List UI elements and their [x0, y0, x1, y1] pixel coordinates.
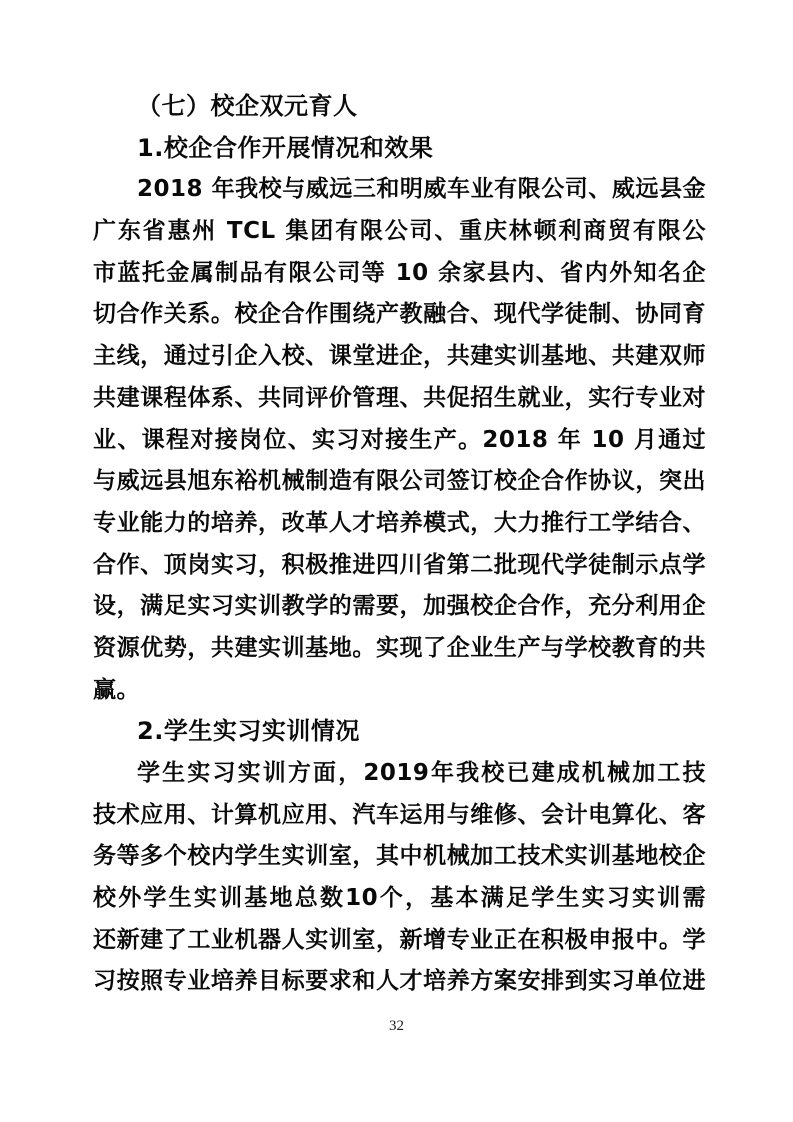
- paragraph-line: 业、课程对接岗位、实习对接生产。2018 年 10 月通过引企入校: [93, 420, 706, 462]
- paragraph-line: 务等多个校内学生实训室，其中机械加工技术实训基地校企共建，: [93, 836, 706, 878]
- paragraph-line: 与威远县旭东裕机械制造有限公司签订校企合作协议，突出学生: [93, 461, 706, 503]
- paragraph-line: 切合作关系。校企合作围绕产教融合、现代学徒制、协同育人的: [93, 294, 706, 336]
- subsection-1-title: 1.校企合作开展情况和效果: [93, 128, 706, 170]
- paragraph-line: 共建课程体系、共同评价管理、共促招生就业，实行专业对接产: [93, 378, 706, 420]
- paragraph-line: 技术应用、计算机应用、汽车运用与维修、会计电算化、客房服: [93, 795, 706, 837]
- paragraph-line: 合作、顶岗实习，积极推进四川省第二批现代学徒制示点学校建: [93, 545, 706, 587]
- paragraph-line: 资源优势，共建实训基地。实现了企业生产与学校教育的共享共: [93, 628, 706, 670]
- paragraph-line: 学生实习实训方面，2019年我校已建成机械加工技术、电子: [93, 753, 706, 795]
- document-body: （七）校企双元育人 1.校企合作开展情况和效果 2018 年我校与威远三和明威车…: [93, 86, 706, 1003]
- subsection-2-title: 2.学生实习实训情况: [93, 711, 706, 753]
- paragraph-line: 2018 年我校与威远三和明威车业有限公司、威远县金镭重工、: [93, 169, 706, 211]
- paragraph-line: 主线，通过引企入校、课堂进企，共建实训基地、共建双师队伍、: [93, 336, 706, 378]
- section-heading: （七）校企双元育人: [93, 86, 706, 128]
- paragraph-line: 校外学生实训基地总数10个，基本满足学生实习实训需求。目前: [93, 878, 706, 920]
- paragraph-line: 市蓝托金属制品有限公司等 10 余家县内、省内外知名企业建立密: [93, 253, 706, 295]
- paragraph-line: 广东省惠州 TCL 集团有限公司、重庆林顿利商贸有限公司、常州: [93, 211, 706, 253]
- page-number: 32: [0, 1018, 793, 1035]
- document-page: （七）校企双元育人 1.校企合作开展情况和效果 2018 年我校与威远三和明威车…: [0, 0, 793, 1122]
- paragraph-line: 赢。: [93, 670, 706, 712]
- paragraph-line: 设，满足实习实训教学的需要，加强校企合作，充分利用企业的: [93, 586, 706, 628]
- paragraph-line: 习按照专业培养目标要求和人才培养方案安排到实习单位进行专: [93, 961, 706, 1003]
- paragraph-line: 还新建了工业机器人实训室，新增专业正在积极申报中。学生实: [93, 920, 706, 962]
- paragraph-line: 专业能力的培养，改革人才培养模式，大力推行工学结合、校企: [93, 503, 706, 545]
